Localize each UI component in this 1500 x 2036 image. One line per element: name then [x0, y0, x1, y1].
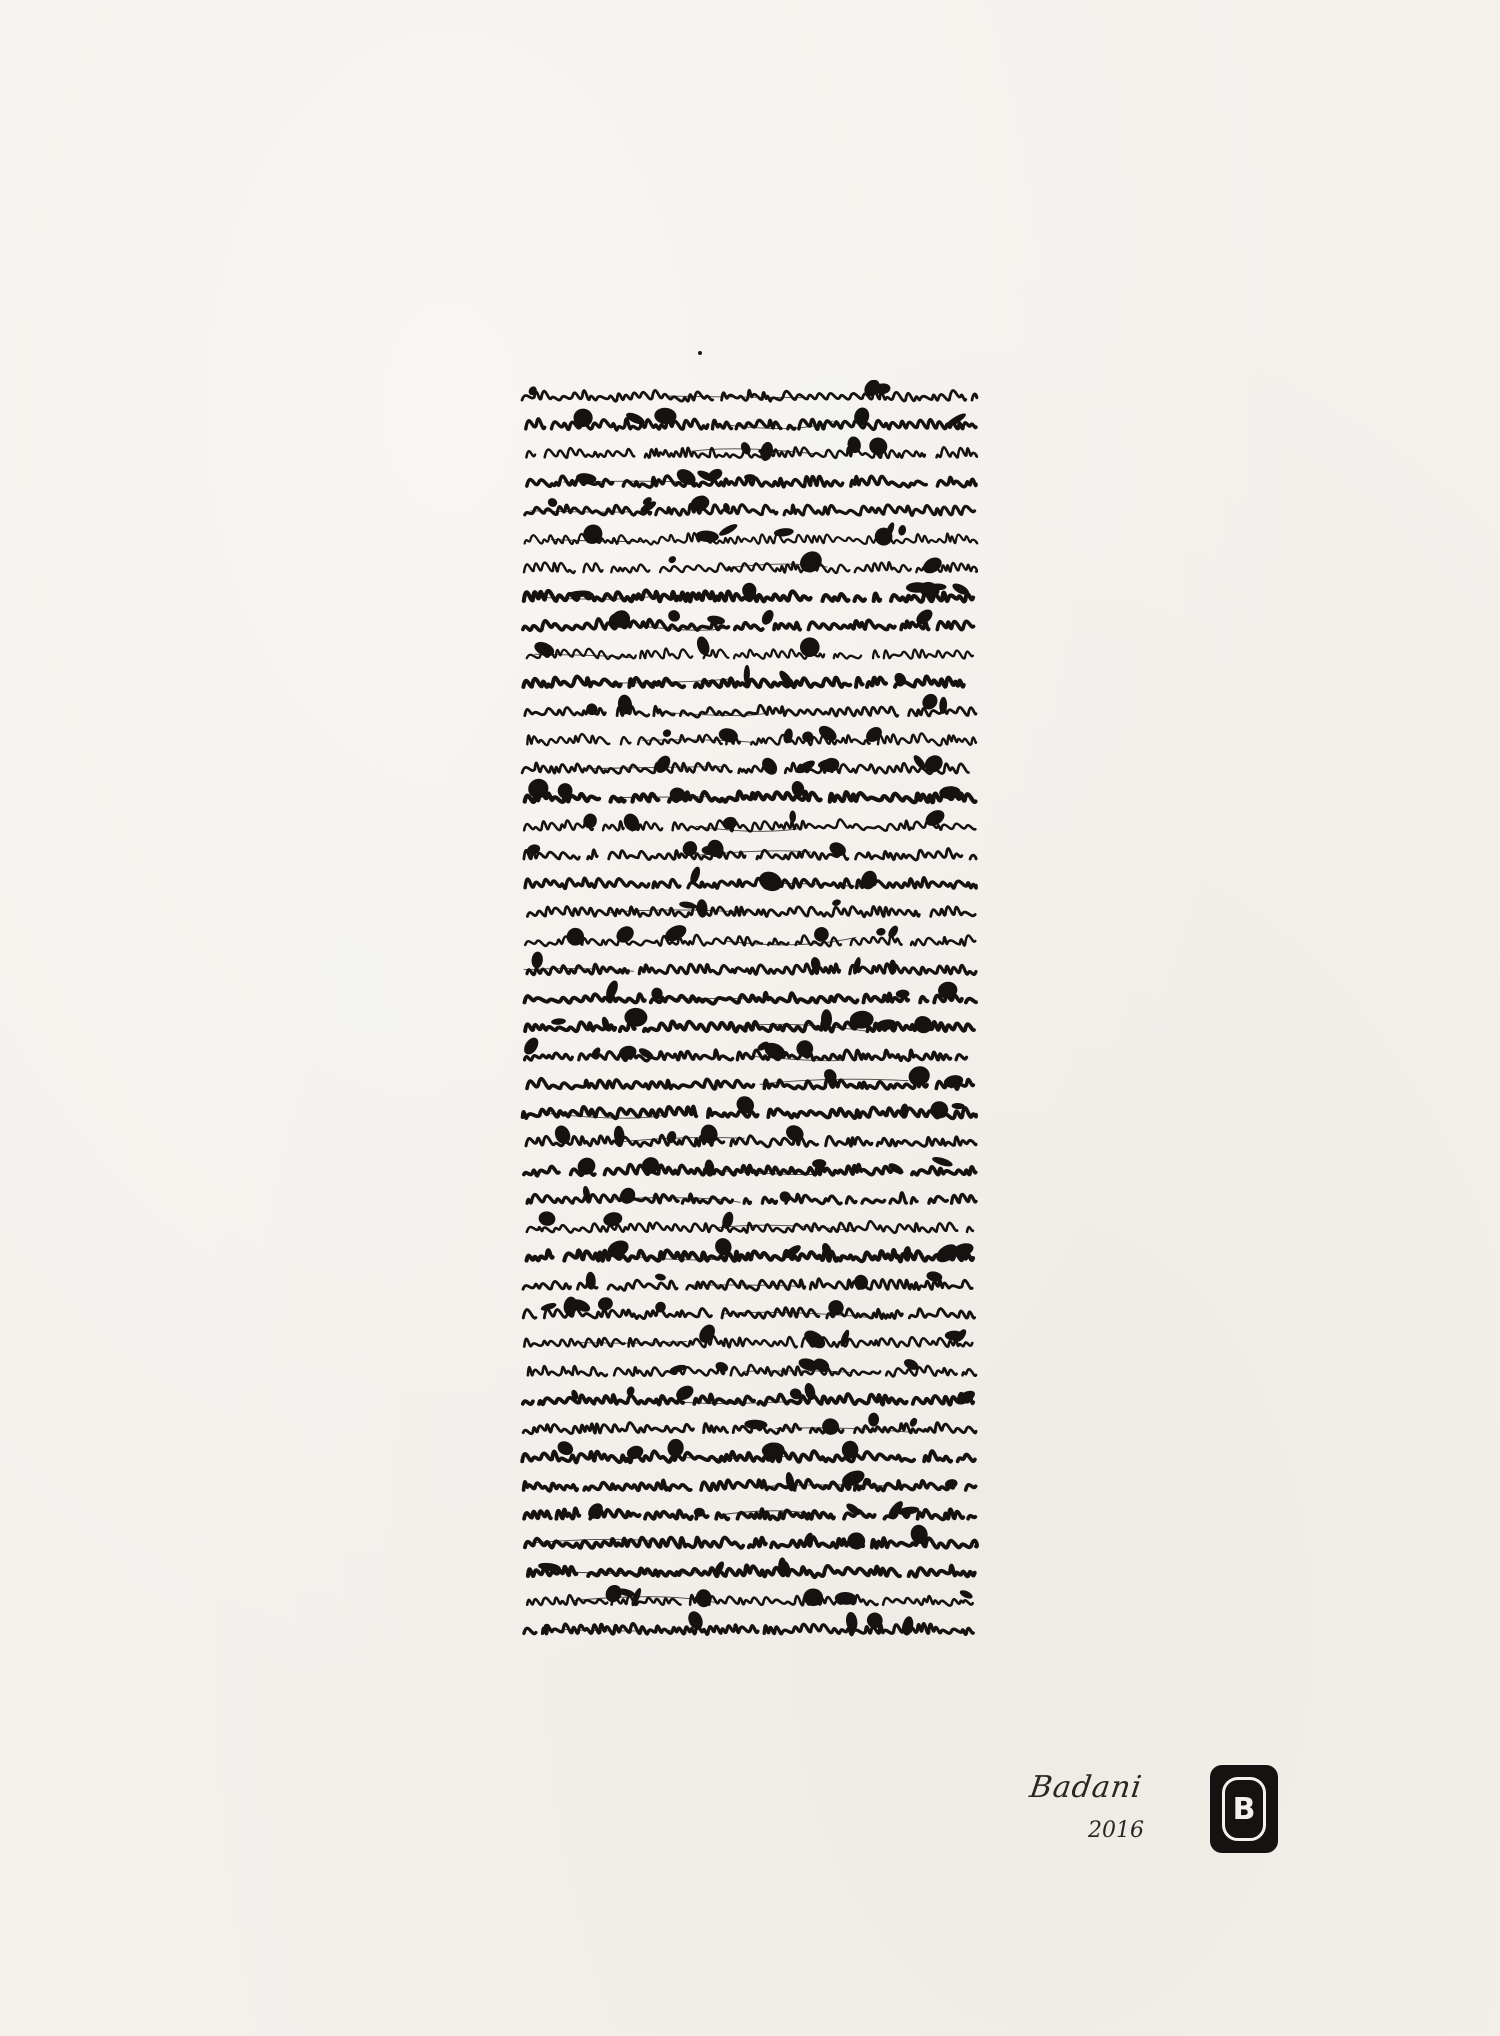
signature-name: Badani [1028, 1770, 1145, 1805]
ink-dot [698, 351, 702, 355]
artist-signature: Badani 2016 [1030, 1770, 1190, 1860]
calligraphy-strokes [520, 380, 980, 1642]
artist-stamp-icon: B [1210, 1765, 1278, 1853]
calligraphy-block [520, 380, 980, 1642]
stamp-letter: B [1222, 1777, 1266, 1841]
signature-year: 2016 [1088, 1818, 1144, 1843]
